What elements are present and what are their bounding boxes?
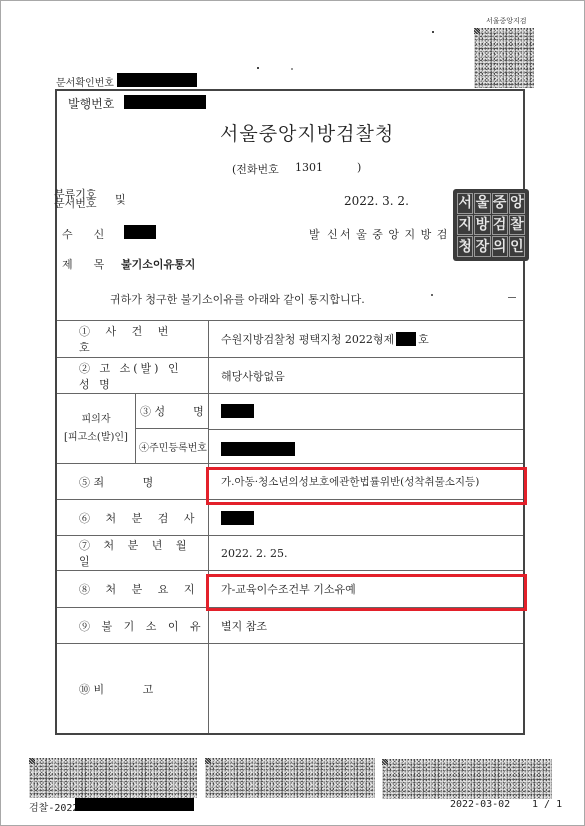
seal-char: 울 [474, 193, 490, 214]
issue-number-label: 발행번호 [68, 95, 114, 112]
label-text: ⑧ 처 분 요 지 [57, 581, 201, 597]
footer-date: 2022-03-02 [450, 799, 510, 810]
official-seal-icon: 서 울 중 앙 지 방 검 찰 청 장 의 인 [453, 189, 529, 261]
seal-char: 방 [474, 215, 490, 236]
cell-label: ⑩ 비 고 [57, 644, 209, 733]
cell-value [209, 500, 523, 535]
barcode-3 [382, 759, 552, 799]
cell-label-name: ③ 성 명 [135, 394, 209, 429]
classification-label: 분류기호 문서번호 [54, 190, 97, 208]
seal-char: 검 [492, 215, 508, 236]
cell-label-id: ④주민등록번호 [135, 429, 209, 464]
table-row-remarks: ⑩ 비 고 [57, 643, 523, 733]
table-row-complainant: ② 고 소(발) 인 성 명 해당사항없음 [57, 357, 523, 393]
cell-label: ⑤ 죄 명 [57, 464, 209, 499]
recipient-label: 수 신 [62, 226, 104, 242]
suspect-group-line2: [피고소(발)인] [57, 429, 135, 447]
notice-text: 귀하가 청구한 불기소이유를 아래와 같이 통지합니다. [110, 291, 365, 307]
cell-label: ⑧ 처 분 요 지 [57, 571, 209, 607]
footer-page: 1 / 1 [532, 799, 562, 810]
barcode-2 [205, 758, 375, 798]
cell-value: 2022. 2. 25. [209, 536, 523, 570]
label-text: ⑦ 처 분 년 월 일 [57, 537, 208, 569]
doc-confirm-label: 문서확인번호 [56, 74, 114, 89]
speck [432, 31, 434, 33]
label-text: ⑩ 비 고 [57, 681, 153, 697]
seal-char: 중 [492, 193, 508, 214]
seal-char: 장 [474, 236, 490, 257]
classification-line2: 문서번호 [54, 199, 97, 208]
barcode-1 [29, 758, 197, 798]
label-text: ④주민등록번호 [139, 439, 207, 454]
label-text: ⑤ 죄 명 [57, 474, 153, 490]
agency-title: 서울중앙지방검찰청 [220, 119, 394, 146]
label-text: ⑥ 처 분 검 사 [57, 510, 201, 526]
table-row-disposition-date: ⑦ 처 분 년 월 일 2022. 2. 25. [57, 535, 523, 570]
phone-label: (전화번호 [232, 161, 279, 177]
cell-label: ① 사 건 번 호 [57, 321, 209, 357]
label-text: ② 고 소(발) 인 성 명 [79, 360, 190, 392]
speck [508, 297, 516, 298]
cell-value: 수원지방검찰청 평택지청 2022형제 호 [209, 321, 523, 357]
speck [431, 294, 433, 296]
speck [291, 68, 293, 70]
qr-code [474, 28, 534, 88]
seal-char: 지 [457, 215, 473, 236]
suspect-id-redaction [221, 442, 295, 456]
phone-close: ) [357, 161, 361, 174]
cell-value: 해당사항없음 [209, 358, 523, 393]
seal-char: 인 [509, 236, 525, 257]
table-group-suspect: 피의자 [피고소(발)인] ③ 성 명 ④주민등록번호 [57, 393, 523, 463]
cell-label: ⑥ 처 분 검 사 [57, 500, 209, 535]
suspect-name-redaction [221, 404, 254, 418]
sender-name: 서 울 중 앙 지 방 검 찰 [340, 226, 464, 242]
label-text: ① 사 건 번 호 [79, 323, 190, 355]
seal-char: 찰 [509, 215, 525, 236]
table-row-reason: ⑨ 불 기 소 이 유 별지 참조 [57, 607, 523, 643]
seal-char: 의 [492, 236, 508, 257]
cell-value-name [209, 394, 523, 430]
cell-label: ② 고 소(발) 인 성 명 [57, 358, 209, 393]
highlight-charge [206, 467, 527, 505]
issue-number-redaction [124, 95, 206, 109]
cell-label: ⑦ 처 분 년 월 일 [57, 536, 209, 570]
speck [257, 67, 259, 69]
seal-char: 청 [457, 236, 473, 257]
subject-label: 제 목 [62, 256, 104, 272]
seal-char: 앙 [509, 193, 525, 214]
suspect-group-label: 피의자 [피고소(발)인] [57, 394, 136, 463]
seal-char: 서 [457, 193, 473, 214]
table-row-case-number: ① 사 건 번 호 수원지방검찰청 평택지청 2022형제 호 [57, 320, 523, 357]
cell-value: 별지 참조 [209, 608, 523, 643]
footer-doc-number-redaction [75, 798, 194, 811]
case-number-text: 수원지방검찰청 평택지청 2022형제 [221, 331, 394, 347]
subject-text: 불기소이유통지 [121, 256, 195, 272]
doc-confirm-number-redaction [117, 73, 197, 87]
cell-value [209, 644, 523, 733]
phone-number: 1301 [295, 161, 323, 174]
case-number-redaction [396, 332, 416, 346]
suspect-group-line1: 피의자 [57, 411, 135, 429]
case-number-suffix: 호 [418, 331, 429, 347]
prosecutor-redaction [221, 511, 254, 525]
sender-label: 발 신 [309, 226, 340, 242]
recipient-redaction [124, 225, 156, 239]
document-box: 발행번호 서울중앙지방검찰청 (전화번호 1301 ) 분류기호 문서번호 및 … [55, 89, 525, 735]
label-text: ⑨ 불 기 소 이 유 [57, 618, 205, 634]
qr-caption: 서울중앙지검 [486, 16, 527, 26]
cell-label: ⑨ 불 기 소 이 유 [57, 608, 209, 643]
classification-conj: 및 [115, 191, 126, 207]
label-text: ③ 성 명 [140, 403, 204, 419]
document-date: 2022. 3. 2. [344, 194, 409, 208]
highlight-disposition [206, 574, 527, 611]
cell-value-id [209, 429, 523, 464]
